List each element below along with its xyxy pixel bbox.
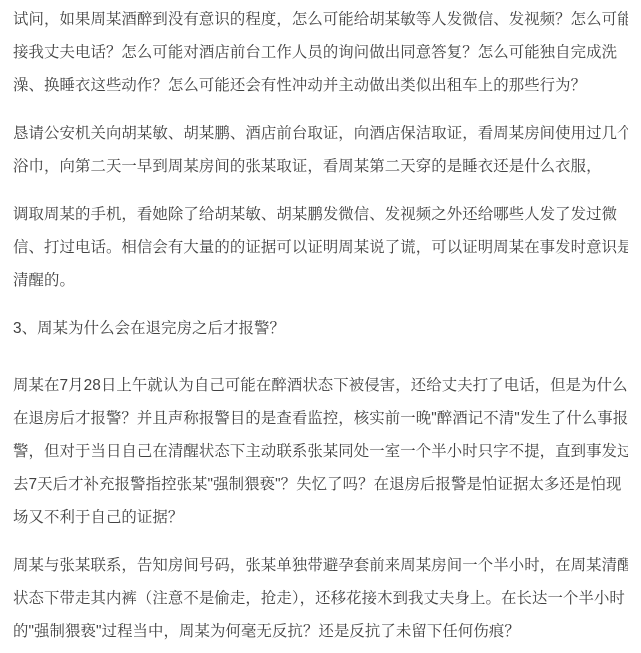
text-line: 试问，如果周某酒醉到没有意识的程度，怎么可能给胡某敏等人发微信、发视频？怎么可能 bbox=[13, 3, 628, 36]
text-line: 3、周某为什么会在退完房之后才报警？ bbox=[13, 312, 628, 345]
text-line: 场又不利于自己的证据？ bbox=[13, 501, 628, 534]
text-line: 调取周某的手机，看她除了给胡某敏、胡某鹏发微信、发视频之外还给哪些人发了发过微 bbox=[13, 198, 628, 231]
text-line: 恳请公安机关向胡某敏、胡某鹏、酒店前台取证，向酒店保洁取证，看周某房间使用过几个 bbox=[13, 117, 628, 150]
paragraph-4: 周某在7月28日上午就认为自己可能在醉酒状态下被侵害，还给丈夫打了电话，但是为什… bbox=[13, 369, 628, 534]
text-line: 去7天后才补充报警指控张某"强制猥亵"？失忆了吗？在退房后报警是怕证据太多还是怕… bbox=[13, 468, 628, 501]
text-line: 清醒的。 bbox=[13, 264, 628, 297]
text-line: 信、打过电话。相信会有大量的的证据可以证明周某说了谎，可以证明周某在事发时意识是 bbox=[13, 231, 628, 264]
text-line: 接我丈夫电话？怎么可能对酒店前台工作人员的询问做出同意答复？怎么可能独自完成洗 bbox=[13, 36, 628, 69]
text-line: 在退房后才报警？并且声称报警目的是查看监控，核实前一晚"醉酒记不清"发生了什么事… bbox=[13, 402, 628, 435]
paragraph-5: 周某与张某联系，告知房间号码，张某单独带避孕套前来周某房间一个半小时，在周某清醒… bbox=[13, 549, 628, 648]
document-body: 试问，如果周某酒醉到没有意识的程度，怎么可能给胡某敏等人发微信、发视频？怎么可能… bbox=[0, 0, 641, 653]
text-line: 周某在7月28日上午就认为自己可能在醉酒状态下被侵害，还给丈夫打了电话，但是为什… bbox=[13, 369, 628, 402]
text-line: 周某与张某联系，告知房间号码，张某单独带避孕套前来周某房间一个半小时，在周某清醒 bbox=[13, 549, 628, 582]
text-line: 浴巾，向第二天一早到周某房间的张某取证，看周某第二天穿的是睡衣还是什么衣服， bbox=[13, 150, 628, 183]
paragraph-2: 恳请公安机关向胡某敏、胡某鹏、酒店前台取证，向酒店保洁取证，看周某房间使用过几个… bbox=[13, 117, 628, 183]
text-line: 状态下带走其内裤（注意不是偷走，抢走），还移花接木到我丈夫身上。在长达一个半小时 bbox=[13, 582, 628, 615]
paragraph-3: 调取周某的手机，看她除了给胡某敏、胡某鹏发微信、发视频之外还给哪些人发了发过微信… bbox=[13, 198, 628, 297]
section-heading-3: 3、周某为什么会在退完房之后才报警？ bbox=[13, 312, 628, 345]
text-line: 澡、换睡衣这些动作？怎么可能还会有性冲动并主动做出类似出租车上的那些行为？ bbox=[13, 69, 628, 102]
text-line: 的"强制猥亵"过程当中，周某为何毫无反抗？还是反抗了未留下任何伤痕？ bbox=[13, 615, 628, 648]
paragraph-1: 试问，如果周某酒醉到没有意识的程度，怎么可能给胡某敏等人发微信、发视频？怎么可能… bbox=[13, 3, 628, 102]
text-line: 警，但对于当日自己在清醒状态下主动联系张某同处一室一个半小时只字不提，直到事发过 bbox=[13, 435, 628, 468]
